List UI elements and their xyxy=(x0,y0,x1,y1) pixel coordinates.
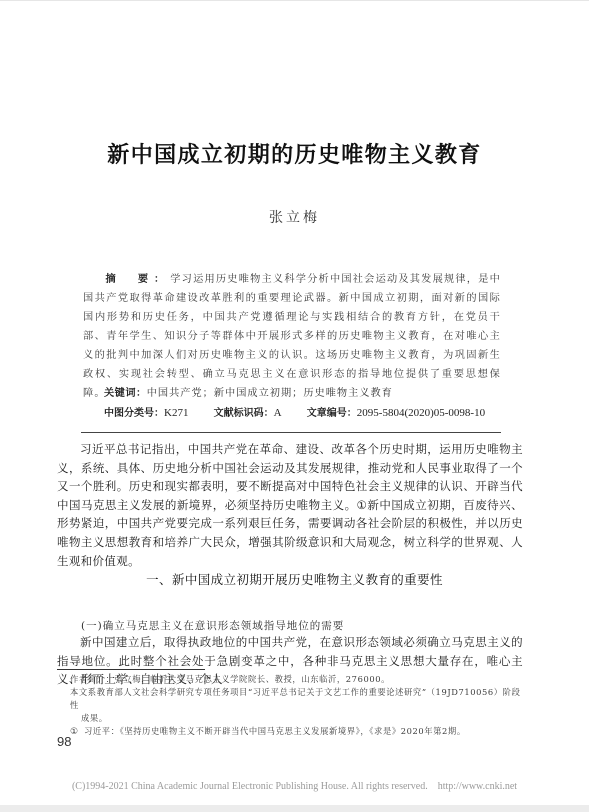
intro-section: 习近平总书记指出，中国共产党在革命、建设、改革各个历史时期，运用历史唯物主义，系… xyxy=(57,440,523,570)
intro-paragraph: 习近平总书记指出，中国共产党在革命、建设、改革各个历史时期，运用历史唯物主义，系… xyxy=(57,440,523,570)
abstract-text: 学习运用历史唯物主义科学分析中国社会运动及其发展规律，是中国共产党取得革命建设改… xyxy=(83,274,501,399)
copyright-text: (C)1994-2021 China Academic Journal Elec… xyxy=(72,781,428,792)
author-name: 张立梅 xyxy=(0,207,589,227)
page-top-edge xyxy=(0,0,589,1)
doc-code-label: 文献标识码： xyxy=(214,408,274,419)
clc-label: 中图分类号： xyxy=(104,408,164,419)
page-bottom-edge xyxy=(0,805,589,812)
article-title: 新中国成立初期的历史唯物主义教育 xyxy=(0,141,589,171)
classification-line: 中图分类号：K271 文献标识码：A 文章编号：2095-5804(2020)0… xyxy=(104,404,504,423)
page-number: 98 xyxy=(57,734,71,749)
footnote-divider xyxy=(57,669,205,670)
footnote-1: ①习近平：《坚持历史唯物主义不断开辟当代中国马克思主义发展新境界》，《求是》20… xyxy=(70,725,525,739)
footnote-marker-icon: ① xyxy=(70,726,84,739)
document-code: 文献标识码：A xyxy=(214,404,282,423)
article-number: 文章编号：2095-5804(2020)05-0098-10 xyxy=(307,404,485,423)
clc-value: K271 xyxy=(164,407,188,419)
footnote-funding: 本文系教育部人文社会科学研究专项任务项目“习近平总书记关于文艺工作的重要论述研究… xyxy=(70,686,525,712)
keywords-text: 中国共产党；新中国成立初期；历史唯物主义教育 xyxy=(147,388,393,399)
article-no-value: 2095-5804(2020)05-0098-10 xyxy=(357,407,485,419)
subsection-heading: (一)确立马克思主义在意识形态领域指导地位的需要 xyxy=(81,618,521,633)
keywords: 关键词：中国共产党；新中国成立初期；历史唯物主义教育 xyxy=(104,384,504,403)
keywords-label: 关键词： xyxy=(104,388,147,399)
footnote-1-text: 习近平：《坚持历史唯物主义不断开辟当代中国马克思主义发展新境界》，《求是》202… xyxy=(84,726,466,736)
doc-code-value: A xyxy=(274,407,282,419)
article-no-label: 文章编号： xyxy=(307,408,357,419)
clc-number: 中图分类号：K271 xyxy=(104,404,188,423)
abstract-divider xyxy=(81,432,501,433)
abstract-label: 摘 要： xyxy=(105,274,170,285)
footnote-author-bio: 作者简介：张立梅，临沂大学马克思主义学院院长、教授，山东临沂，276000。 xyxy=(70,673,525,686)
copyright-watermark: (C)1994-2021 China Academic Journal Elec… xyxy=(0,781,589,792)
footnote-funding-continued: 成果。 xyxy=(70,712,525,725)
watermark-url: http://www.cnki.net xyxy=(438,781,517,792)
section-heading: 一、新中国成立初期开展历史唯物主义教育的重要性 xyxy=(0,570,589,588)
footnotes: 作者简介：张立梅，临沂大学马克思主义学院院长、教授，山东临沂，276000。 本… xyxy=(70,673,525,739)
